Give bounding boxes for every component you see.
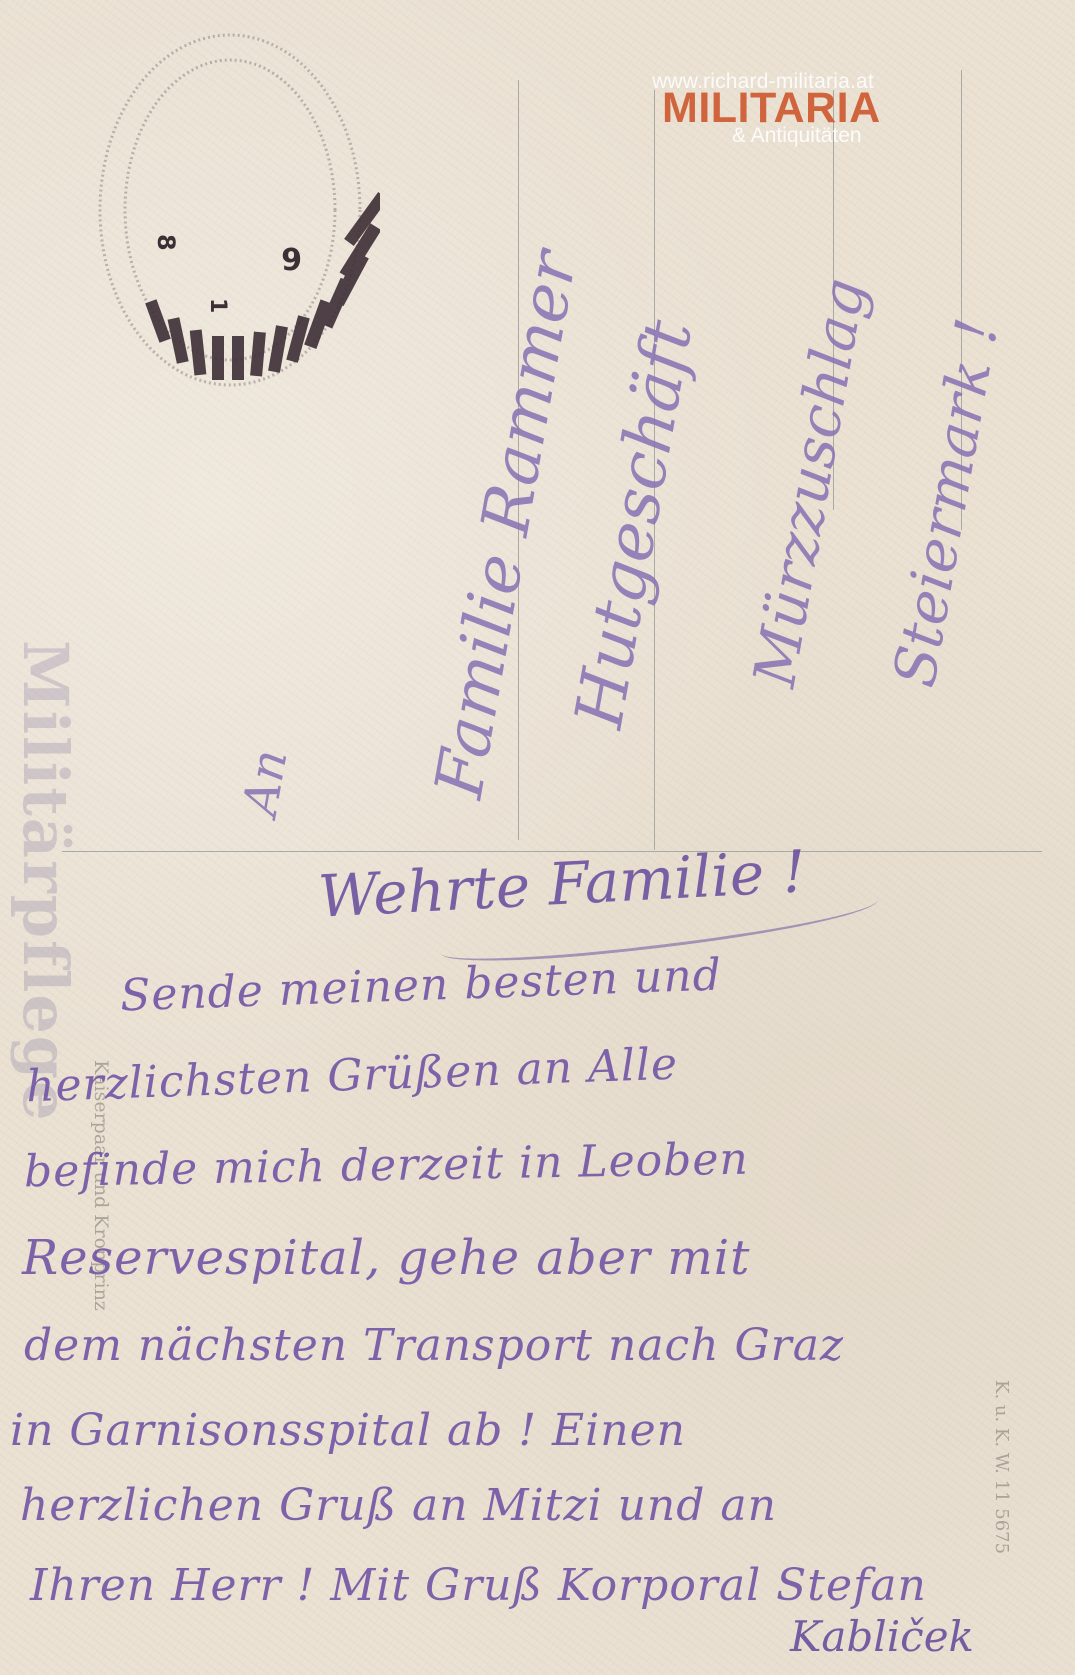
- address-salutation: An: [232, 745, 299, 819]
- postmark-stamp-icon: 6 1 8: [80, 0, 380, 400]
- message-line: in Garnisonsspital ab ! Einen: [10, 1405, 686, 1456]
- message-line: befinde mich derzeit in Leoben: [24, 1134, 750, 1198]
- message-line: herzlichen Gruß an Mitzi und an: [20, 1480, 777, 1531]
- message-signature: Kabliček: [790, 1612, 974, 1661]
- message-line: Sende meinen besten und: [119, 950, 722, 1022]
- svg-text:1: 1: [205, 298, 230, 313]
- message-line: Reservespital, gehe aber mit: [22, 1230, 750, 1286]
- message-line: Ihren Herr ! Mit Gruß Korporal Stefan: [30, 1560, 927, 1611]
- printed-side-title: Militärpflege: [9, 640, 82, 1123]
- address-town: Mürzzuschlag: [740, 273, 879, 691]
- svg-text:6: 6: [281, 240, 302, 275]
- watermark-subtitle: & Antiquitäten: [732, 124, 862, 148]
- message-line: herzlichsten Grüßen an Alle: [25, 1039, 679, 1113]
- postcard-back: Militärpflege Kaiserpaar und Kronprinz K…: [0, 0, 1075, 1675]
- publisher-code: K. u. K. W. 11 5675: [991, 1380, 1012, 1554]
- address-region: Steiermark !: [880, 313, 1012, 691]
- message-line: dem nächsten Transport nach Graz: [24, 1320, 844, 1371]
- svg-text:8: 8: [152, 234, 180, 251]
- address-business: Hutgeschäft: [560, 315, 707, 734]
